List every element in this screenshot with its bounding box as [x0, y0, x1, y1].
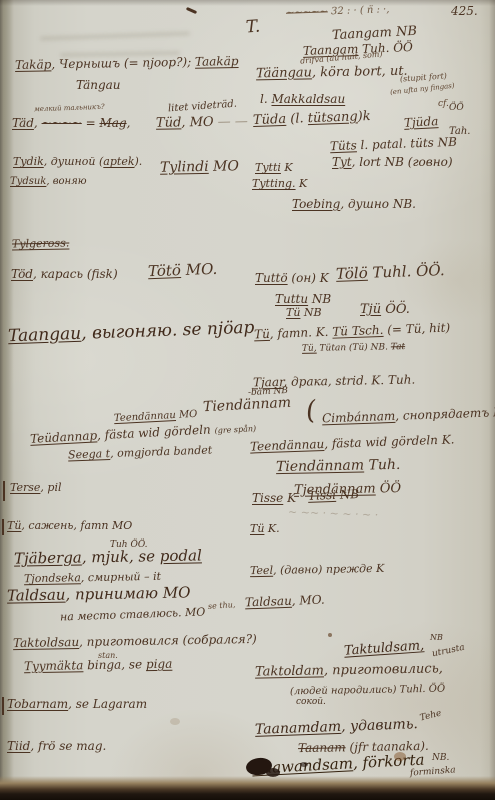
headword: Tuttö [255, 271, 288, 285]
headword: Tytti [255, 161, 281, 174]
scribble-note: ~~~~~ 32 : · ( п̈ : ·, [286, 5, 390, 19]
entry-tuda: Tüda (l. tütsang)k [253, 110, 371, 128]
gloss: ÖÖ. [381, 302, 410, 317]
entry-taktoldam-note: (людей народились) Tuhl. ÖÖ [290, 685, 445, 698]
gloss: , драка, strid. K. Tuh. [283, 373, 415, 389]
gloss: l. patal. tüts NB [356, 135, 457, 152]
entry-taangau: Täängau, köra bort, ut. [256, 65, 408, 81]
headword: Cimbánnam [322, 409, 396, 426]
entry-taanamdam-note: Tehe [419, 710, 442, 724]
gloss: , köra bort, ut. [312, 64, 408, 81]
headword: Teüdannap [30, 428, 98, 445]
headword: Taktoldsau [13, 635, 79, 650]
entry-tu-famn: Tü, famn. K. Tü Tsch. (= Tü, hit) [254, 322, 451, 341]
margin-bracket [2, 697, 4, 715]
entry-teudannap: Teüdannap, fästa wid gördeln (gre spån) [30, 421, 257, 445]
text: , [34, 116, 42, 130]
headword: Teendännau [250, 437, 325, 454]
entry-taktoldsau: Taktoldsau, приготовился (собрался?) [13, 633, 257, 650]
entry-tobarnam: Tobarnam, se Lagaram [7, 698, 147, 711]
entry-taangau-note3: (en ufta ny fingas) [390, 83, 455, 97]
gloss: NB [300, 306, 321, 319]
entry-tisse: Tisse K [252, 492, 296, 505]
ink-blot [300, 762, 308, 767]
entry-toebing: Toebing, душно NB. [292, 198, 416, 211]
variant: Tü Tsch. [332, 323, 384, 339]
gloss: , mjuk, se [82, 547, 160, 566]
gloss: , MO. [292, 593, 325, 608]
gloss: , omgjorda bandet [110, 443, 213, 460]
entry-makkaldsau: l. Makkaldsau [260, 93, 345, 106]
entry-tu-k: Tü K. [250, 523, 280, 535]
page-bottom-edge [0, 776, 495, 800]
gloss: , frö se mag. [30, 739, 106, 753]
headword: Tissi [308, 488, 336, 503]
gloss: , душно NB. [340, 197, 416, 211]
headword: Seega t [68, 447, 111, 461]
stray-ink-mark [186, 7, 197, 14]
gloss: K. [264, 522, 279, 535]
gloss: , fästa wid gördeln [97, 422, 215, 442]
gloss: Tuhl. ÖÖ. [367, 261, 445, 282]
entry-tytting: Tytting. K [252, 178, 307, 190]
entry-seega: Seega t, omgjorda bandet [68, 444, 213, 461]
entry-taktuldsam-rest: utrusta [431, 644, 465, 660]
gloss: , se Lagaram [68, 697, 147, 711]
gloss: Tuh. [364, 457, 401, 474]
headword: Tü [250, 522, 264, 535]
gloss: (l. [286, 111, 308, 127]
variant: podal [160, 546, 202, 565]
struck-headword: Taanam [298, 740, 346, 755]
entry-tissi: Tissi NB [308, 488, 360, 502]
headword: Tü [286, 306, 300, 319]
entry-teendannau-k: Teendännau, fästa wid gördeln K. [250, 433, 455, 453]
stain [328, 633, 332, 637]
stain [170, 718, 180, 725]
gloss: binga, se [83, 657, 146, 672]
headword: Tyt [332, 155, 352, 169]
gloss: MO [175, 409, 197, 421]
entry-taldsau1-note-sup: se thu, [208, 601, 236, 611]
small-note: (gre spån) [214, 424, 256, 435]
headword: Tyymäkta [24, 658, 84, 673]
entry-taktuldsam-sup: NB [430, 634, 443, 642]
entry-tod: Töd, карась (fisk) [11, 268, 118, 281]
entry-taldsau1: Taldsau, принимаю MO [7, 585, 191, 604]
entry-cimbannam: Cimbánnam, снопрядаетъ NB) [322, 406, 495, 425]
margin-bracket [2, 519, 4, 535]
note-cf: cf. [438, 100, 449, 109]
entry-takap: Takäp, Чернышъ (= njoop?); Taakäp [15, 55, 239, 71]
gloss: , сажень, famn MO [21, 519, 132, 532]
connector-dash: — — [213, 114, 248, 130]
entry-tutto: Tuttö (он) K [255, 272, 329, 285]
headword: Täängau [256, 65, 312, 81]
entry-taktoldam: Taktoldam, приготовились, [255, 662, 443, 679]
headword: Teendännau [114, 410, 176, 424]
entry-teendannau-mo: Teendännau MO [114, 410, 198, 425]
entry-tad-note2: litet videträd. [168, 100, 238, 115]
headword: Tisse [252, 491, 283, 505]
page-top-edge [0, 0, 495, 6]
gloss: , воняю [46, 176, 86, 187]
prefix: l. [260, 92, 271, 106]
headword: Makkaldsau [271, 92, 345, 106]
margin-bracket [3, 481, 5, 501]
entry-tjuda: Tjüda [404, 115, 439, 129]
page-number: 425. [451, 5, 478, 18]
entry-tad: Täd, ~~~~ = Mag, [12, 117, 130, 130]
entry-tu-nb: Tü NB [286, 307, 322, 319]
gloss: MO [209, 158, 240, 175]
headword: Taldsau [7, 586, 66, 605]
headword: Taktoldam [255, 663, 324, 679]
struck-word: Mag [99, 116, 126, 130]
entry-tiendannam: Tiendännam [203, 396, 292, 415]
entry-tuttu: Tuttu NB [275, 293, 331, 306]
entry-tiid: Tiid, frö se mag. [7, 740, 106, 753]
variant: piga [146, 657, 173, 671]
gloss: , приготовился (собрался?) [79, 632, 257, 649]
faded-scribble: ~ ~~ · ~ ~ · ~ · [288, 506, 379, 521]
entry-cimbannam-paren: ( [305, 398, 318, 426]
entry-taangau2: Taangau, выгоняю. se njöap [8, 320, 255, 346]
struck-word: ~~~~ [42, 116, 82, 130]
headword: Tü [254, 327, 270, 342]
entry-tydik: Tydik, душной (aptek). [13, 156, 142, 168]
gloss: , карась (fisk) [33, 267, 118, 281]
variant: tütsang [307, 109, 357, 126]
gloss: , fästa wid gördeln K. [324, 432, 455, 451]
gloss: , pil [40, 481, 61, 494]
entry-taanamdam: Taanamdam, удавить. [255, 717, 418, 737]
headword: Tiendännam [276, 458, 364, 476]
gloss: K [281, 161, 293, 174]
entry-tuts: Tüts l. patal. tüts NB [330, 136, 457, 153]
entry-tju: Tjü ÖÖ. [360, 303, 410, 317]
headword: Tjäberga [14, 548, 82, 567]
headword: Tuttu [275, 292, 308, 306]
entry-tiendannam-tuh: Tiendännam Tuh. [276, 458, 401, 475]
entry-teel: Teel, (давно) прежде K [250, 563, 384, 577]
headword: Tylindi [160, 159, 209, 176]
gloss: , приготовились, [324, 661, 443, 678]
stain [394, 752, 406, 761]
headword: Tjüda [404, 114, 439, 130]
headword: Tötö [148, 261, 182, 280]
entry-kaawandsam-note: NB. [432, 754, 449, 763]
gloss: )k [357, 109, 370, 124]
struck-word: Tat [391, 342, 405, 352]
entry-tyt: Tyt, lort NB (говно) [332, 156, 453, 169]
gloss: , смирный – it [81, 570, 161, 584]
headword: Taangau [8, 324, 82, 347]
gloss: , удавить. [341, 716, 418, 735]
headword: Tüda [253, 112, 287, 128]
headword: Tiid [7, 739, 30, 753]
headword: Terse [10, 481, 40, 494]
gloss: , выгоняю. se njöap [81, 318, 255, 344]
entry-taktuldsam: Taktuldsam, [344, 639, 425, 658]
text: , [127, 116, 131, 130]
gloss: , снопрядаетъ NB) [395, 405, 495, 423]
gloss: NB [308, 292, 331, 306]
headword: Tjü [360, 302, 381, 317]
entry-tud: Tüd, MO — — [156, 115, 248, 130]
manuscript-page: ~~~~~ 32 : · ( п̈ : ·, 425. T. Taangam N… [0, 0, 495, 800]
headword: Taldsau [245, 594, 292, 610]
gloss: MO. [181, 260, 218, 279]
section-letter: T. [245, 19, 260, 38]
headword: Tydik [13, 155, 44, 168]
headword: Toebing [292, 197, 340, 211]
entry-toto: Tötö MO. [148, 262, 218, 280]
gloss: ). [135, 155, 143, 168]
headword: Tölö [336, 264, 368, 283]
entry-tyymakta: Tyymäkta binga, se piga [24, 658, 173, 673]
variant: Taakäp [195, 54, 239, 69]
gloss: K [283, 491, 296, 505]
gloss: , (давно) прежде K [273, 562, 384, 577]
headword: Taanamdam [255, 719, 342, 738]
show-through [40, 31, 190, 40]
entry-tu-tutan: Tü, Tütan (Tü) NB. Tat [302, 343, 405, 354]
entry-tylindi: Tylindi MO [160, 159, 239, 175]
gloss: (= Tü, hit) [383, 321, 450, 337]
entry-tytti: Tytti K [255, 162, 293, 174]
headword: Tü, [302, 344, 317, 354]
entry-tad-note-top: мелкий тальникъ? [34, 104, 105, 114]
headword: Tytting. [252, 177, 296, 190]
entry-tjuda-sup: ÖÖ [449, 104, 464, 113]
gloss: NB [392, 24, 418, 40]
gloss: , душной ( [44, 155, 104, 168]
gloss: ÖÖ [376, 481, 402, 496]
gloss: K [296, 177, 308, 190]
headword: Tjondseka [24, 571, 81, 585]
entry-tydsuk: Tydsuk, воняю [10, 177, 87, 188]
headword: Tüd [156, 115, 182, 130]
headword: Tüts [330, 138, 357, 153]
gloss: Tütan (Tü) NB. [317, 342, 391, 353]
headword: Taktuldsam, [344, 638, 425, 659]
headword: Tydsuk [10, 176, 46, 187]
entry-tu-sash: Tü, сажень, famn MO [7, 520, 132, 532]
entry-tolo: Tölö Tuhl. ÖÖ. [336, 263, 445, 283]
headword: Takäp [15, 57, 52, 72]
entry-tjaberga: Tjäberga, mjuk, se podal [14, 548, 202, 567]
variant: aptek [103, 155, 134, 168]
text: = [82, 116, 100, 130]
gloss: , принимаю MO [65, 583, 190, 603]
entry-takap-sub: Tängau [76, 79, 121, 92]
gloss: , lort NB (говно) [352, 155, 453, 169]
headword: Teel [250, 564, 273, 577]
entry-taldsau1-note: на место ставлюсь. MO [60, 606, 206, 623]
entry-taktoldam-note2: сокой. [296, 698, 326, 707]
scribble-struck: ~~~~~ [286, 6, 328, 18]
entry-terse: Terse, pil [10, 482, 61, 494]
entry-tjondseka: Tjondseka, смирный – it [24, 571, 161, 585]
gloss: (он) K [288, 271, 329, 285]
headword: Täd [12, 116, 34, 130]
headword: Töd [11, 267, 33, 281]
entry-taldsau2: Taldsau, MO. [245, 594, 325, 609]
entry-tylgeross: Tylgeross. [12, 238, 69, 251]
gloss: , famn. K. [270, 325, 333, 341]
gloss: , Чернышъ (= njoop?); [51, 55, 195, 72]
page-right-edge [489, 0, 495, 800]
gloss: NB [336, 487, 360, 502]
gloss: , MO [181, 115, 213, 131]
headword: Tobarnam [7, 697, 68, 711]
scribble-text: 32 : · ( п̈ : ·, [328, 4, 390, 17]
headword: Tü [7, 519, 21, 532]
struck-headword: Tylgeross. [12, 237, 70, 251]
